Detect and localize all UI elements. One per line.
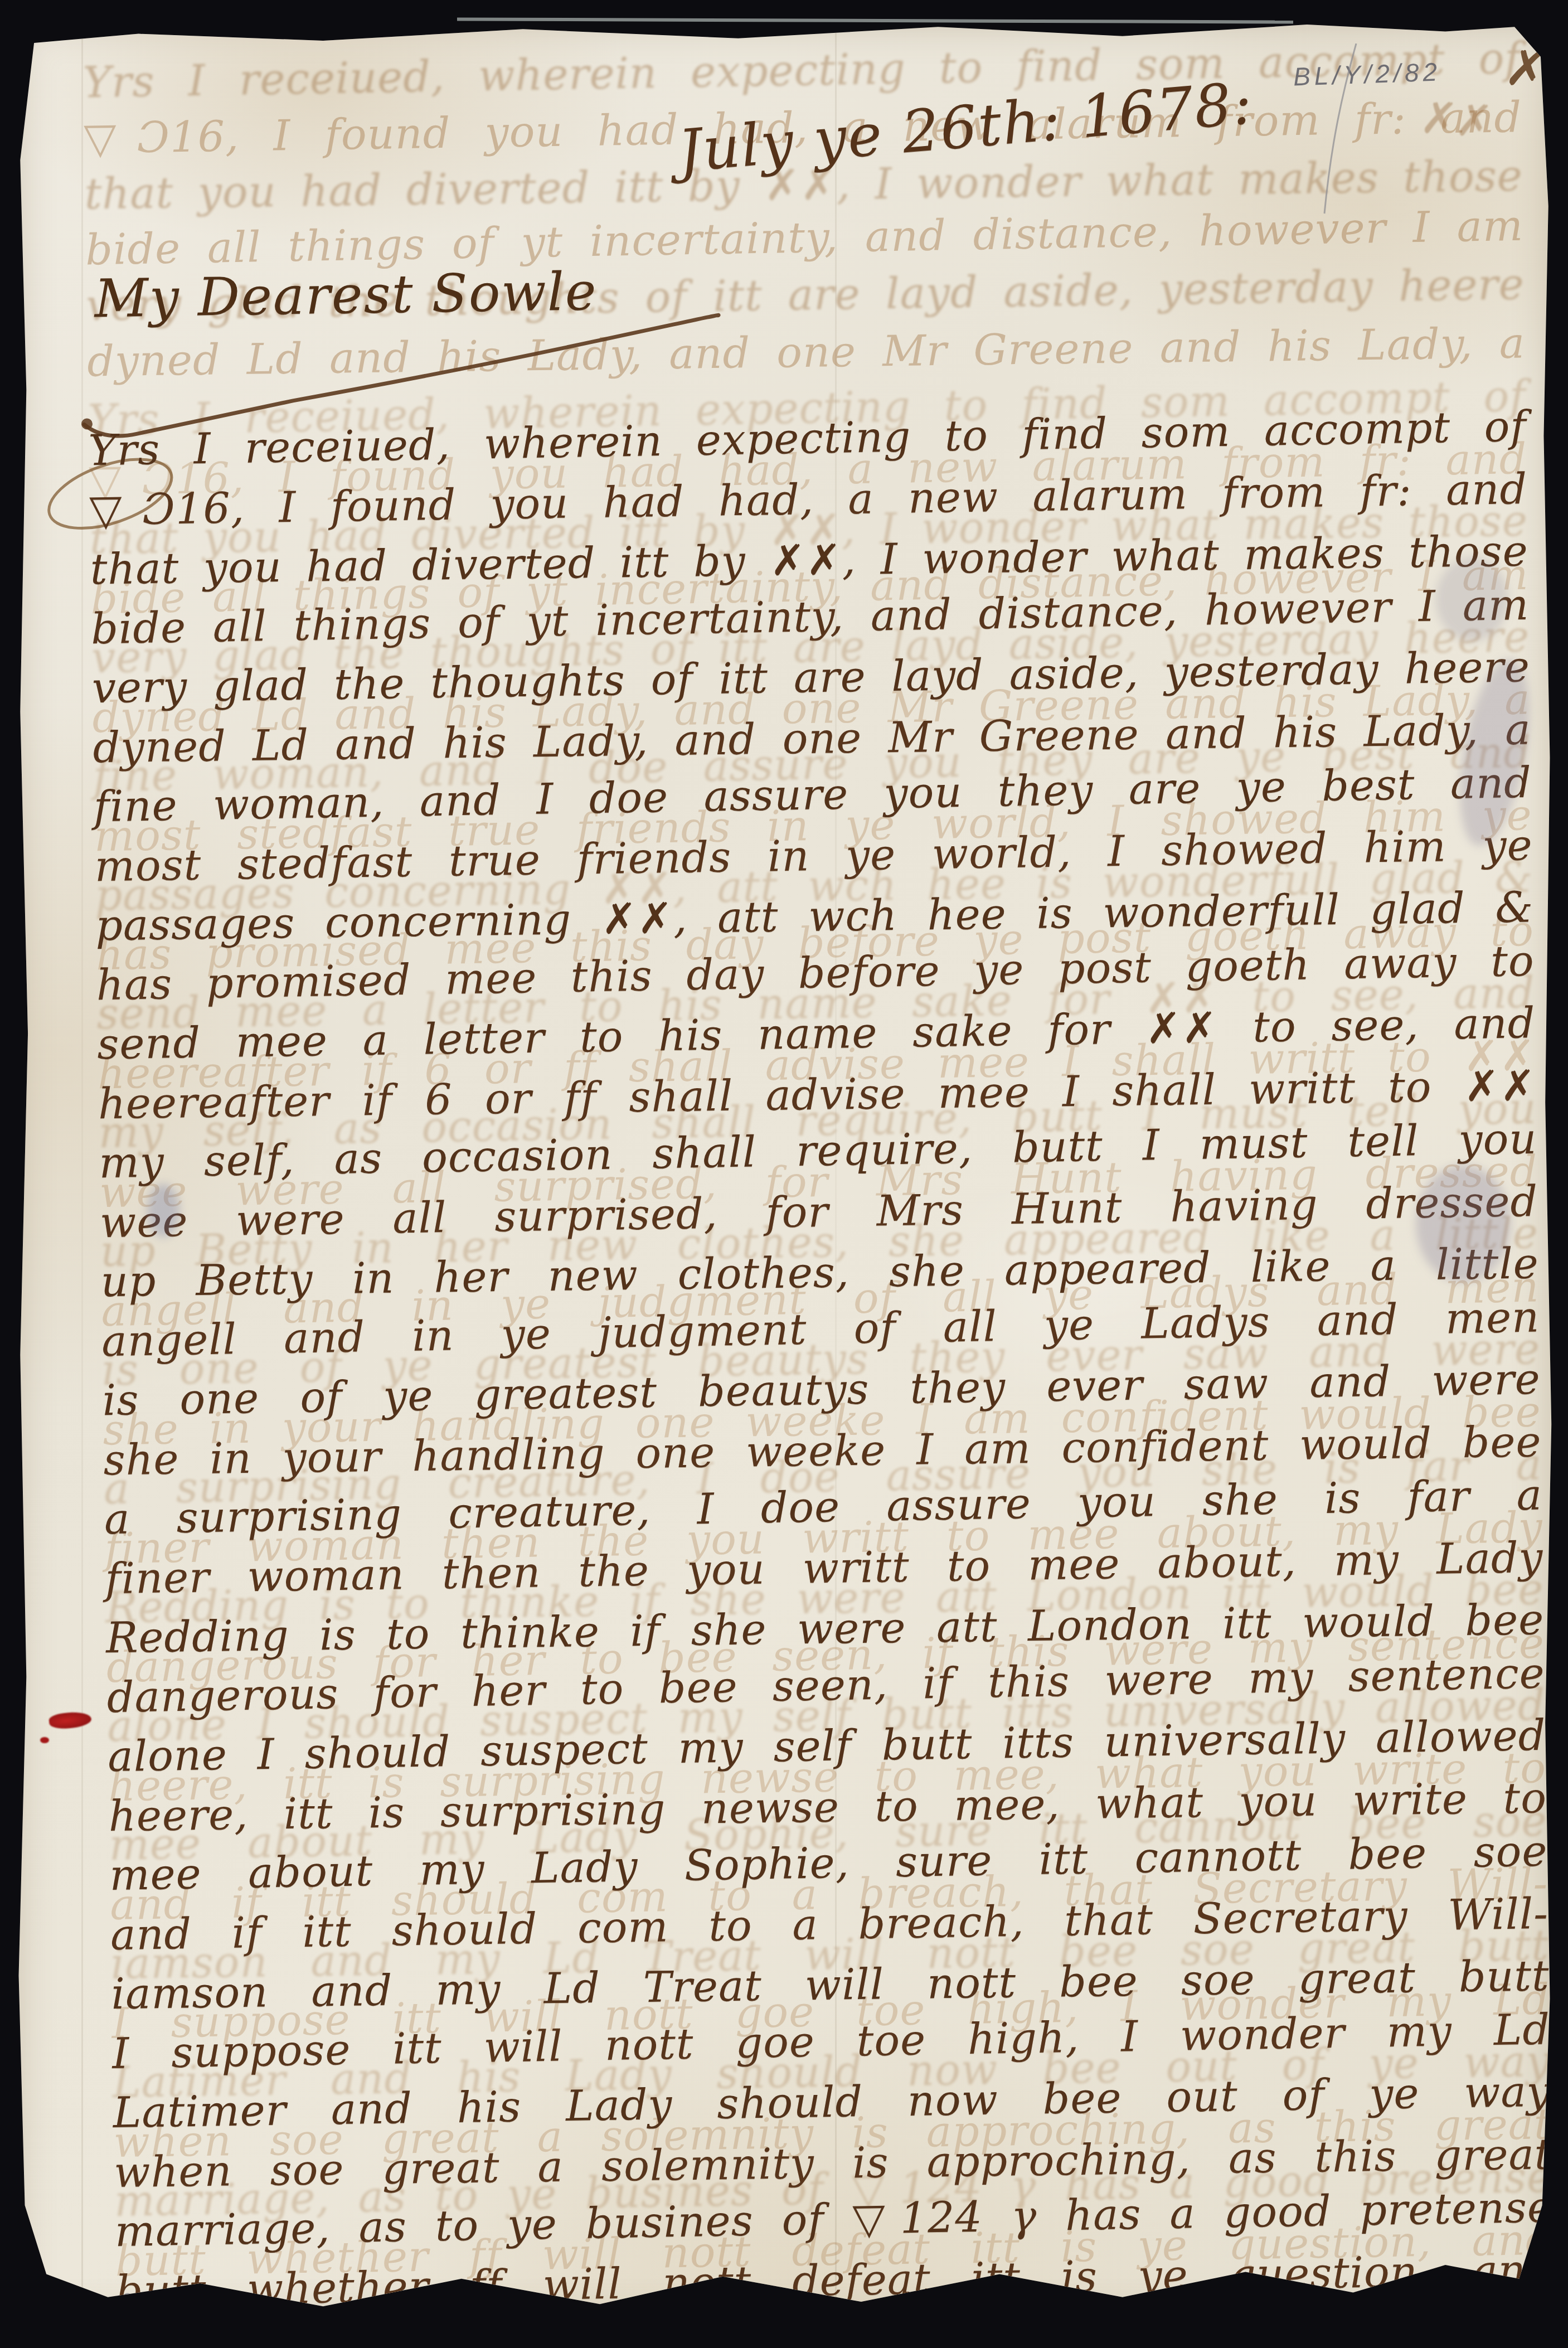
manuscript-line: when soe great a solemnity is approching… [114,2133,1552,2194]
manuscript-line: bide all things of yt incertainty, and d… [91,583,1530,650]
manuscript-line: very glad the thoughts of itt are layd a… [91,646,1530,709]
manuscript-line: alone I should suspect my self butt itts… [108,1714,1546,1778]
manuscript-line: I suppose itt will nott goe toe high, I … [112,2008,1551,2075]
letter-page: Yrs I receiued, wherein expecting to fin… [16,22,1553,2320]
scan-edge-artifact [457,17,1293,23]
manuscript-line: most stedfast true friends in ye world, … [94,824,1533,887]
cross-marks: ✗✗ [1502,37,1568,106]
manuscript-line: finer woman then the you writt to mee ab… [105,1536,1543,1599]
ink-layer: July ye 26th: 1678: My Dearest Sowle Yrs… [0,11,1568,2331]
graphite-smudge [1436,557,1508,641]
manuscript-line: ▽Ɔ16, I found you had had, a new alarum … [89,468,1528,531]
red-stain-dot [40,1737,49,1743]
manuscript-scan: Yrs I receiued, wherein expecting to fin… [0,0,1568,2348]
manuscript-line: heere, itt is surprising newse to mee, w… [109,1777,1547,1837]
manuscript-line: dangerous for her to bee seen, if this w… [106,1652,1545,1719]
manuscript-line: wee were all surprised, for Mrs Hunt hav… [100,1180,1538,1243]
manuscript-line: my self, as occasion shall require, butt… [99,1118,1537,1185]
pencil-stroke [1309,43,1376,216]
faint-cross-marks: ✗✗ [1419,91,1492,148]
manuscript-line: she in your handling one weeke I am conf… [103,1420,1542,1481]
manuscript-line: iamson and my Ld Treat will nott bee soe… [111,1954,1550,2015]
manuscript-line: a surprising creature, I doe assure you … [104,1473,1542,1540]
manuscript-line: Redding is to thinke if she were att Lon… [106,1598,1545,1659]
graphite-smudge [147,1184,179,1237]
manuscript-line: mee about my Lady Sophie, sure itt canno… [109,1830,1548,1896]
manuscript-line: that you had diverted itt by ✗✗, I wonde… [90,530,1528,590]
manuscript-line: up Betty in her new clothes, she appeare… [100,1242,1539,1303]
manuscript-line: butt whether ff will nott defeat itt is … [115,2248,1554,2312]
manuscript-line: dyned Ld and his Lady, and one Mr Greene… [93,708,1531,769]
graphite-smudge [1416,1165,1511,1282]
manuscript-line: angell and in ye judgment of all ye Lady… [101,1296,1540,1362]
body-text: Yrs I receiued, wherein expecting to fin… [0,11,1536,34]
manuscript-line: marriage, as to ye busines of ▽124 γ has… [114,2186,1553,2253]
manuscript-line: passages concerning ✗✗, att wch hee is w… [95,886,1534,947]
manuscript-line: send mee a letter to his name sake for ✗… [97,1002,1536,1065]
manuscript-line: is one of ye greatest beautys they ever … [102,1358,1541,1422]
manuscript-line: fine woman, and I doe assure you they ar… [94,761,1532,828]
manuscript-line: and if itt should com to a breach, that … [110,1892,1549,1956]
manuscript-line: Latimer and his Lady should now bee out … [113,2070,1551,2134]
date-line: July ye 26th: 1678: [676,69,1256,185]
manuscript-line: heereafter if 6 or ff shall advise mee I… [98,1064,1537,1125]
manuscript-line: has promised mee this day before ye post… [96,939,1535,1006]
